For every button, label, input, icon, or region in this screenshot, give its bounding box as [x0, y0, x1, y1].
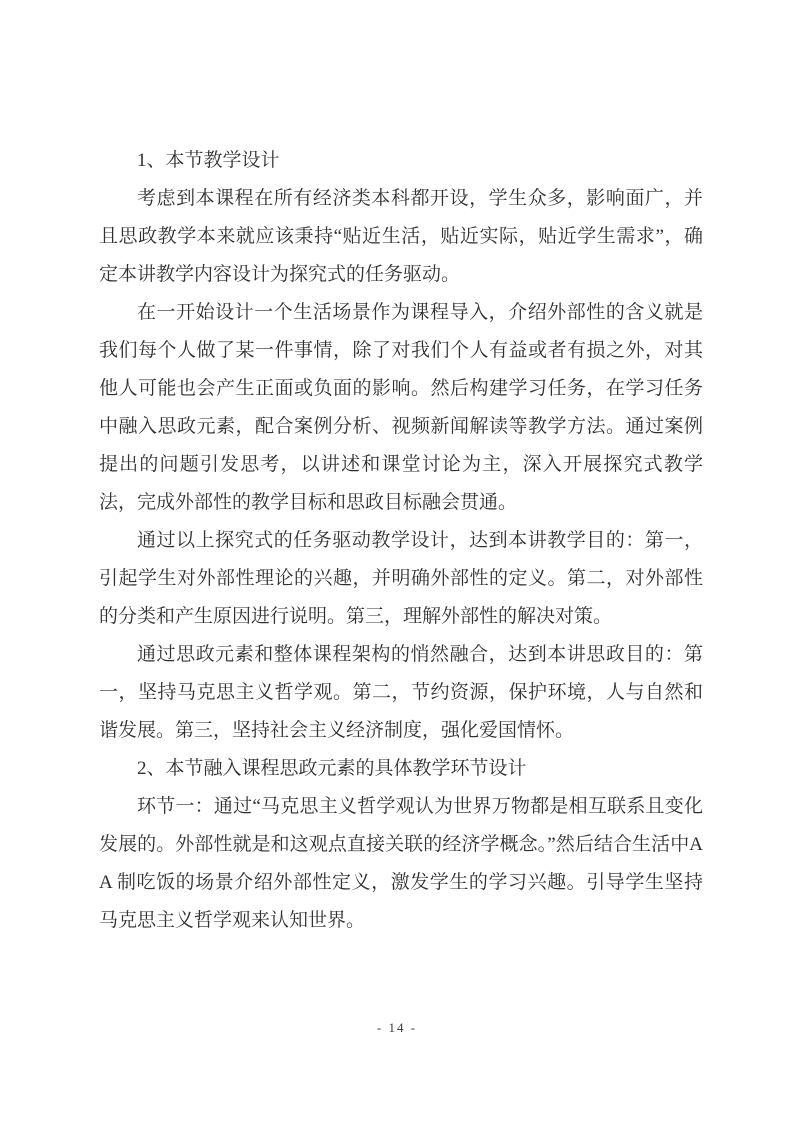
- document-page: 1、本节教学设计 考虑到本课程在所有经济类本科都开设，学生众多，影响面广，并且思…: [0, 0, 794, 1123]
- paragraph: 在一开始设计一个生活场景作为课程导入，介绍外部性的含义就是我们每个人做了某一件事…: [99, 294, 703, 522]
- paragraph: 考虑到本课程在所有经济类本科都开设，学生众多，影响面广，并且思政教学本来就应该秉…: [99, 180, 703, 294]
- paragraph: 环节一：通过“马克思主义哲学观认为世界万物都是相互联系且变化发展的。外部性就是和…: [99, 788, 703, 940]
- section-heading-1: 1、本节教学设计: [99, 142, 703, 180]
- document-content: 1、本节教学设计 考虑到本课程在所有经济类本科都开设，学生众多，影响面广，并且思…: [99, 142, 703, 940]
- section-heading-2: 2、本节融入课程思政元素的具体教学环节设计: [99, 750, 703, 788]
- page-number: - 14 -: [0, 1020, 794, 1036]
- paragraph: 通过思政元素和整体课程架构的悄然融合，达到本讲思政目的：第一，坚持马克思主义哲学…: [99, 636, 703, 750]
- paragraph: 通过以上探究式的任务驱动教学设计，达到本讲教学目的：第一，引起学生对外部性理论的…: [99, 522, 703, 636]
